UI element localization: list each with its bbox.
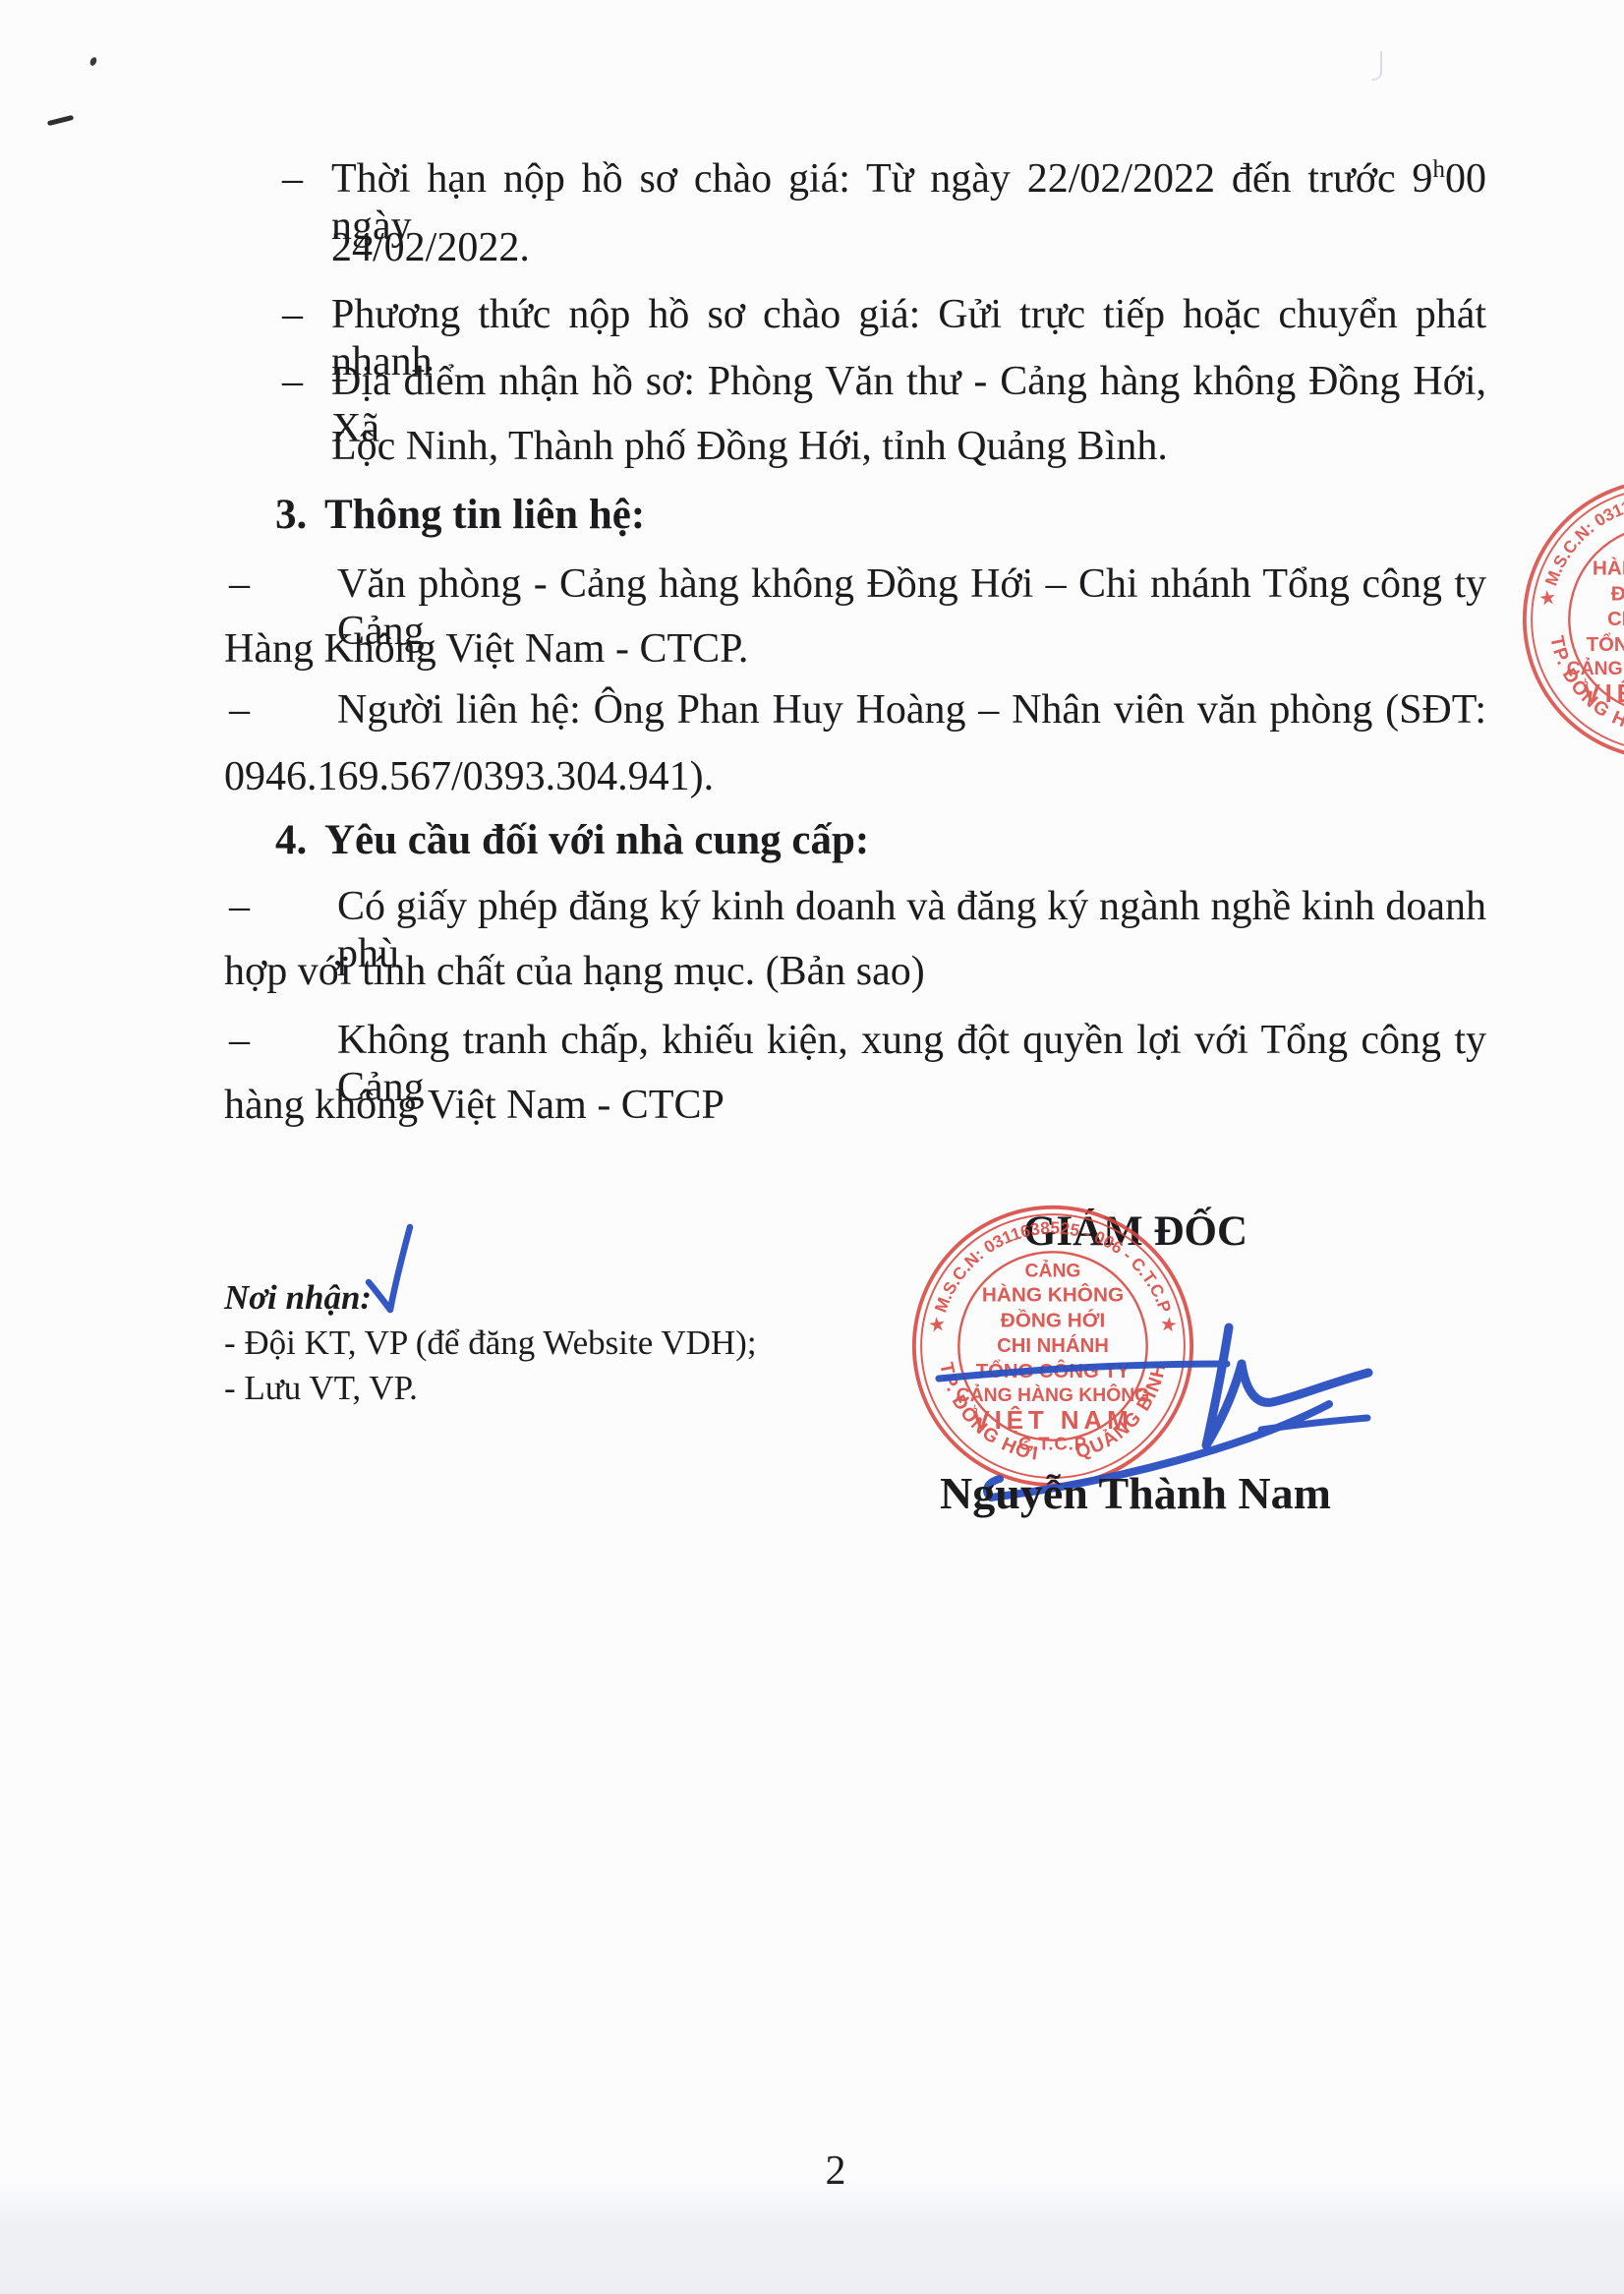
stamp-center-line: TỔNG CÔNG TY: [1587, 632, 1624, 656]
company-stamp-partial: ★ M.S.C.N: 0311638525 - 006 - C.T.C.P ★ …: [1521, 477, 1624, 762]
section-title: Thông tin liên hệ:: [324, 492, 645, 538]
stamp-center-line: HÀNG KHÔNG: [1593, 557, 1624, 580]
stamp-center-line: VIỆT NAM: [1583, 678, 1624, 708]
text-line-phone: 0946.169.567/0393.304.941).: [224, 753, 714, 800]
recipients-line: - Đội KT, VP (để đăng Website VDH);: [224, 1323, 757, 1363]
scan-smudge: [1371, 51, 1382, 81]
scan-speck: [47, 115, 74, 126]
recipients-title: Nơi nhận:: [224, 1278, 372, 1318]
text-line-contact: Người liên hệ: Ông Phan Huy Hoàng – Nhân…: [337, 686, 1486, 734]
list-dash: –: [229, 560, 250, 608]
list-dash: –: [229, 883, 250, 930]
section-heading-4: 4.Yêu cầu đối với nhà cung cấp:: [275, 817, 869, 863]
stamp-center-line: ĐỒNG HỚI: [1611, 582, 1624, 606]
text-line-office-cont: Hàng Không Việt Nam - CTCP.: [224, 625, 748, 673]
section-number: 4.: [275, 817, 324, 863]
stamp-center-line: CẢNG HÀNG KHÔNG: [1567, 656, 1624, 679]
list-dash: –: [282, 155, 303, 203]
scanned-document-page: – – – – – – – Thời hạn nộp hồ sơ chào gi…: [0, 0, 1624, 2294]
section-number: 3.: [275, 492, 324, 538]
text-line-license-cont: hợp với tính chất của hạng mục. (Bản sao…: [224, 948, 925, 995]
text-line-date: 24/02/2022.: [331, 224, 530, 271]
scan-shadow-band: [0, 2178, 1624, 2294]
superscript-h: h: [1432, 156, 1445, 183]
list-dash: –: [229, 686, 250, 734]
text-line-address-cont: Lộc Ninh, Thành phố Đồng Hới, tỉnh Quảng…: [331, 423, 1168, 470]
list-dash: –: [282, 358, 303, 405]
section-heading-3: 3.Thông tin liên hệ:: [275, 492, 645, 538]
section-title: Yêu cầu đối với nhà cung cấp:: [324, 817, 869, 863]
list-dash: –: [282, 291, 303, 338]
text-line-dispute-cont: hàng không Việt Nam - CTCP: [224, 1082, 725, 1129]
stamp-center-line: CHI NHÁNH: [1607, 608, 1624, 630]
signer-name: Nguyễn Thành Nam: [939, 1467, 1332, 1519]
list-dash: –: [229, 1017, 250, 1064]
recipients-line: - Lưu VT, VP.: [224, 1369, 418, 1408]
scan-speck: [88, 56, 97, 67]
text-segment: Thời hạn nộp hồ sơ chào giá: Từ ngày 22/…: [331, 156, 1432, 202]
